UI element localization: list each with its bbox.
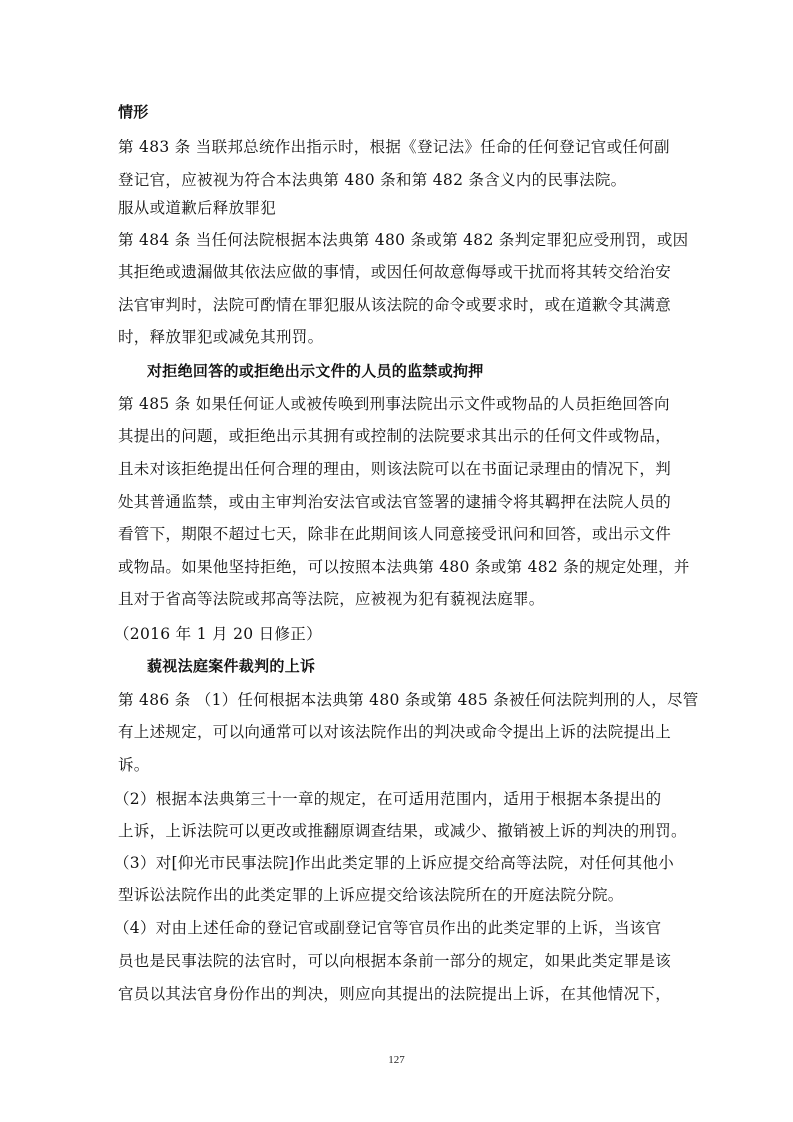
article-486-clause-4-line-2: 员也是民事法院的法官时，可以向根据本条前一部分的规定，如果此类定罪是该 (118, 951, 671, 971)
document-page: 情形 第 483 条 当联邦总统作出指示时，根据《登记法》任命的任何登记官或任何… (0, 0, 793, 1122)
article-485-line-4: 处其普通监禁，或由主审判治安法官或法官签署的逮捕令将其羁押在法院人员的 (118, 492, 671, 512)
article-483-line-1: 第 483 条 当联邦总统作出指示时，根据《登记法》任命的任何登记官或任何副 (118, 137, 670, 157)
article-483-line-2: 登记官，应被视为符合本法典第 480 条和第 482 条含义内的民事法院。 (118, 170, 626, 190)
section-heading: 情形 (118, 102, 149, 122)
section-heading-detention: 对拒绝回答的或拒绝出示文件的人员的监禁或拘押 (147, 361, 484, 381)
article-485-line-5: 看管下，期限不超过七天，除非在此期间该人同意接受讯问和回答，或出示文件 (118, 524, 671, 544)
article-486-clause-2-line-1: （2）根据本法典第三十一章的规定，在可适用范围内，适用于根据本条提出的 (114, 789, 661, 809)
article-486-line-3: 诉。 (118, 755, 150, 775)
article-486-clause-4-line-3: 官员以其法官身份作出的判决，则应向其提出的法院提出上诉，在其他情况下， (118, 984, 671, 1004)
article-485-line-7: 且对于省高等法院或邦高等法院，应被视为犯有藐视法庭罪。 (118, 589, 545, 609)
article-486-clause-3-line-1: （3）对[仰光市民事法院]作出此类定罪的上诉应提交给高等法院，对任何其他小 (114, 853, 674, 873)
article-484-line-3: 法官审判时，法院可酌情在罪犯服从该法院的命令或要求时，或在道歉令其满意 (118, 295, 671, 315)
article-486-line-2: 有上述规定，可以向通常可以对该法院作出的判决或命令提出上诉的法院提出上 (118, 722, 671, 742)
article-485-line-6: 或物品。如果他坚持拒绝，可以按照本法典第 480 条或第 482 条的规定处理，… (118, 557, 690, 577)
article-484-line-2: 其拒绝或遗漏做其依法应做的事情，或因任何故意侮辱或干扰而将其转交给治安 (118, 262, 671, 282)
article-485-line-1: 第 485 条 如果任何证人或被传唤到刑事法院出示文件或物品的人员拒绝回答向 (118, 394, 670, 414)
article-485-line-2: 其提出的问题，或拒绝出示其拥有或控制的法院要求其出示的任何文件或物品， (118, 426, 671, 446)
article-486-clause-2-line-2: 上诉，上诉法院可以更改或推翻原调查结果，或减少、撤销被上诉的判决的刑罚。 (118, 821, 687, 841)
article-484-line-1: 第 484 条 当任何法院根据本法典第 480 条或第 482 条判定罪犯应受刑… (118, 230, 688, 250)
section-heading-appeal: 藐视法庭案件裁判的上诉 (147, 656, 315, 676)
amendment-note: （2016 年 1 月 20 日修正） (114, 624, 322, 644)
article-486-clause-3-line-2: 型诉讼法院作出的此类定罪的上诉应提交给该法院所在的开庭法院分院。 (118, 885, 624, 905)
article-486-clause-4-line-1: （4）对由上述任命的登记官或副登记官等官员作出的此类定罪的上诉，当该官 (114, 918, 661, 938)
article-484-line-4: 时，释放罪犯或减免其刑罚。 (118, 327, 323, 347)
page-number: 127 (0, 1054, 793, 1066)
article-485-line-3: 且未对该拒绝提出任何合理的理由，则该法院可以在书面记录理由的情况下，判 (118, 459, 671, 479)
section-heading-release: 服从或道歉后释放罪犯 (118, 198, 276, 218)
article-486-line-1: 第 486 条 （1）任何根据本法典第 480 条或第 485 条被任何法院判刑… (118, 690, 699, 710)
